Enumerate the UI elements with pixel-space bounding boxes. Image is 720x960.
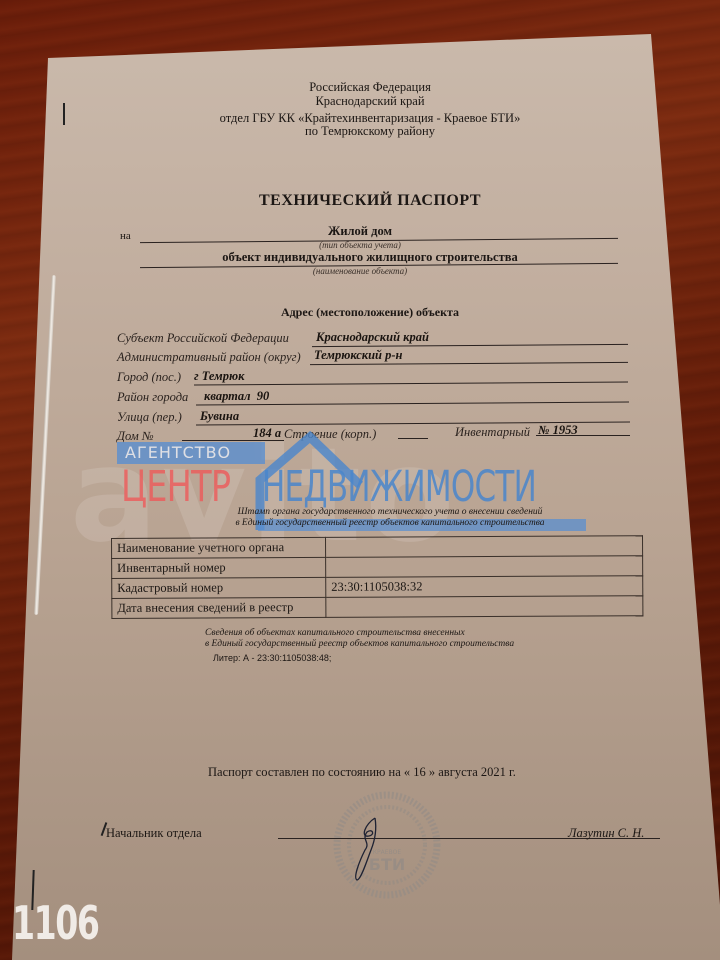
document-title: ТЕХНИЧЕСКИЙ ПАСПОРТ [180,192,560,210]
address-label-city-district: Район города [117,390,188,405]
address-value-city: г Темрюк [194,369,244,384]
header-region: Краснодарский край [160,94,580,109]
table-value [326,556,643,578]
photo-number-badge: 1106 [12,896,98,950]
address-heading: Адрес (местоположение) объекта [230,305,510,320]
registry-liter: Литер: А - 23:30:1105038:48; [213,653,331,663]
watermark-agency: АГЕНТСТВО [117,442,265,464]
address-label-city: Город (пос.) [117,370,181,385]
stamp-caption-line1: Штамп органа государственного техническо… [180,507,600,517]
inventory-label: Инвентарный [455,425,530,440]
table-key: Инвентарный номер [112,557,326,578]
compiled-date: Паспорт составлен по состоянию на « 16 »… [208,765,516,780]
table-value [326,596,643,618]
table-value: 23:30:1105038:32 [326,576,643,598]
stamp-caption-line2: в Единый государственный реестр объектов… [180,518,600,528]
table-row: Дата внесения сведений в реестр [112,596,643,619]
registry-info-line1: Сведения об объектах капитального строит… [205,628,465,638]
object-name-caption: (наименование объекта) [290,266,430,276]
watermark-nedvizhimosti: НЕДВИЖИМОСТИ [262,464,536,510]
header-district: по Темрюкскому району [160,124,580,139]
table-row: Инвентарный номер [112,556,643,579]
pen-mark [63,103,65,125]
address-value-subject: Краснодарский край [316,330,429,345]
table-row: Кадастровый номер 23:30:1105038:32 [112,576,643,599]
table-key: Наименование учетного органа [112,537,326,558]
table-row: Наименование учетного органа [112,536,643,559]
address-label-subject: Субъект Российской Федерации [117,331,289,346]
object-type-caption: (тип объекта учета) [290,240,430,250]
field-line [536,435,630,436]
watermark-centr: ЦЕНТР [121,464,230,510]
object-type-value: Жилой дом [290,224,430,239]
address-label-district: Административный район (округ) [117,350,301,365]
table-key: Дата внесения сведений в реестр [112,597,326,618]
handwritten-signature-icon [345,810,405,890]
address-value-city-district: квартал 90 [204,389,269,404]
registry-table: Наименование учетного органа Инвентарный… [111,535,643,619]
signature-name: Лазутин С. Н. [568,826,644,841]
header-country: Российская Федерация [160,80,580,95]
table-value [325,536,642,558]
registry-info-line2: в Единый государственный реестр объектов… [205,639,514,649]
address-value-district: Темрюкский р-н [314,348,402,363]
signature-role: Начальник отдела [106,826,202,841]
object-prefix: на [120,230,131,242]
object-name-value: объект индивидуального жилищного строите… [170,250,570,265]
table-key: Кадастровый номер [112,577,326,598]
